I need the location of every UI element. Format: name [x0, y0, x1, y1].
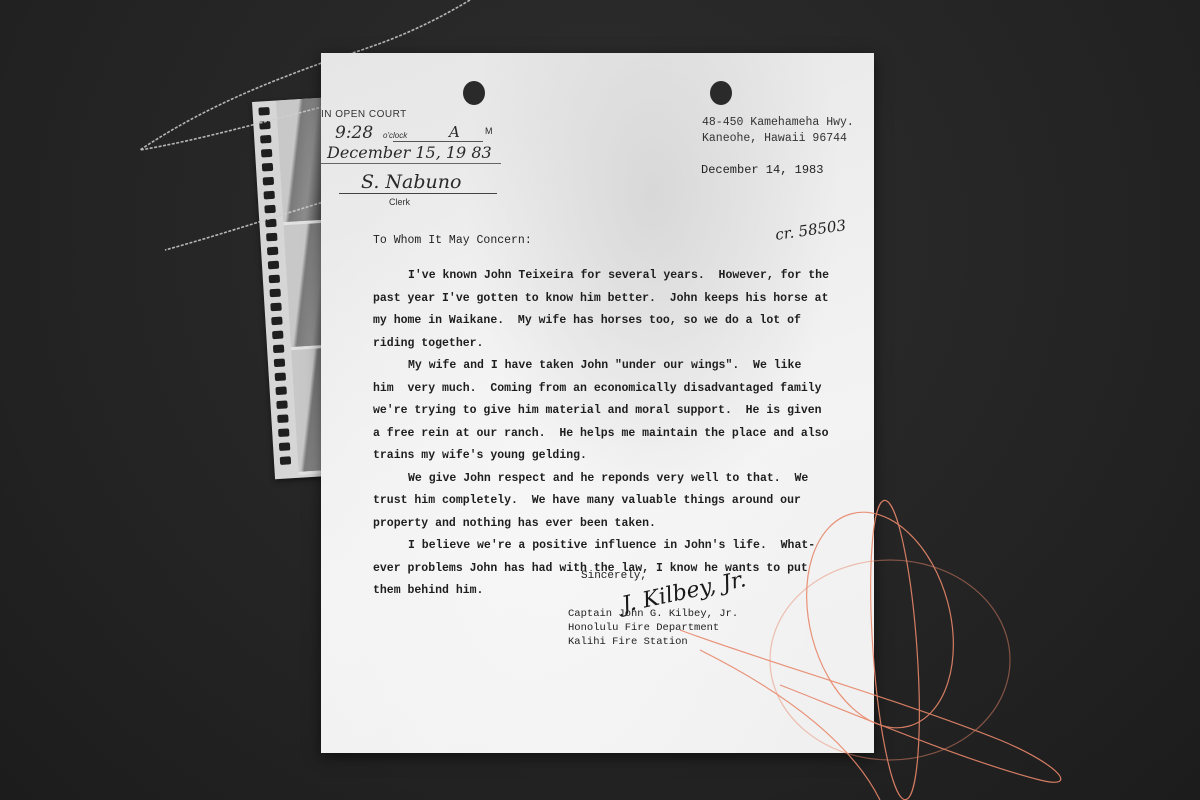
stamp-oclock: o'clock	[383, 131, 407, 140]
stamp-court-label: IN OPEN COURT	[321, 109, 407, 120]
body-line: them behind him.	[373, 580, 843, 603]
body-line: trust him completely. We have many valua…	[373, 490, 843, 513]
body-line: I've known John Teixeira for several yea…	[373, 265, 843, 288]
signature-block: Captain John G. Kilbey, Jr. Honolulu Fir…	[568, 607, 738, 649]
body-line: I believe we're a positive influence in …	[373, 535, 843, 558]
signer-department: Honolulu Fire Department	[568, 621, 738, 635]
clerk-signature: S. Nabuno	[361, 171, 461, 193]
stamp-date: December 15, 19 83	[327, 143, 492, 162]
body-line: trains my wife's young gelding.	[373, 445, 843, 468]
body-line: My wife and I have taken John "under our…	[373, 355, 843, 378]
address-line-1: 48-450 Kamehameha Hwy.	[702, 115, 854, 131]
letter-date: December 14, 1983	[701, 163, 823, 177]
reference-number: cr. 58503	[774, 216, 847, 244]
body-line: him very much. Coming from an economical…	[373, 378, 843, 401]
punch-hole	[710, 81, 732, 105]
stamp-time: 9:28	[335, 123, 373, 143]
address-line-2: Kaneohe, Hawaii 96744	[702, 131, 854, 147]
sender-address: 48-450 Kamehameha Hwy. Kaneohe, Hawaii 9…	[702, 115, 854, 147]
clerk-label: Clerk	[389, 197, 410, 207]
signer-station: Kalihi Fire Station	[568, 635, 738, 649]
signer-name: Captain John G. Kilbey, Jr.	[568, 607, 738, 621]
body-line: my home in Waikane. My wife has horses t…	[373, 310, 843, 333]
body-line: past year I've gotten to know him better…	[373, 288, 843, 311]
salutation: To Whom It May Concern:	[373, 234, 532, 247]
stamp-m: M	[485, 126, 493, 136]
body-line: We give John respect and he reponds very…	[373, 468, 843, 491]
closing: Sincerely,	[581, 570, 647, 582]
body-line: riding together.	[373, 333, 843, 356]
body-line: we're trying to give him material and mo…	[373, 400, 843, 423]
letter-body: I've known John Teixeira for several yea…	[373, 265, 843, 603]
letter-document: IN OPEN COURT 9:28 o'clock A M December …	[321, 53, 874, 753]
body-line: property and nothing has ever been taken…	[373, 513, 843, 536]
punch-hole	[463, 81, 485, 105]
body-line: a free rein at our ranch. He helps me ma…	[373, 423, 843, 446]
stamp-am-pm: A	[449, 123, 460, 141]
